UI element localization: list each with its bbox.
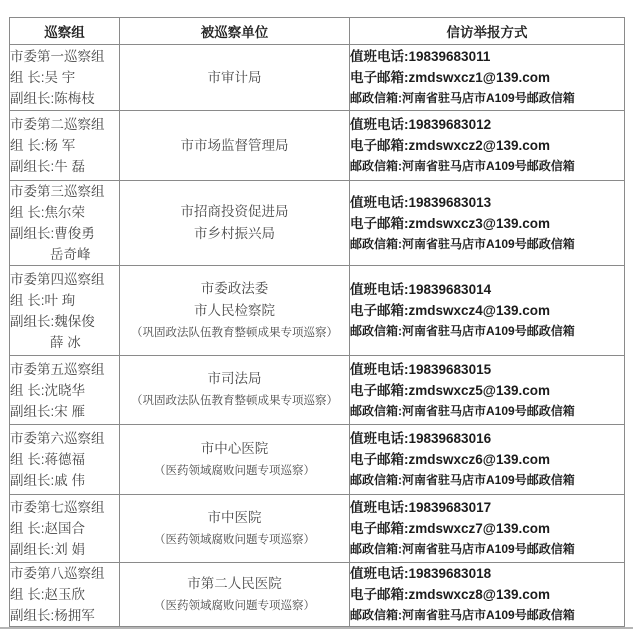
group-leader: 组 长:沈晓华 (10, 380, 119, 401)
group-cell: 市委第三巡察组 组 长:焦尔荣 副组长:曹俊勇 岳奇峰 (10, 181, 120, 266)
group-leader: 组 长:杨 军 (10, 135, 119, 156)
unit-name-2: 市人民检察院 (120, 300, 349, 322)
mail-line: 邮政信箱:河南省驻马店市A109号邮政信箱 (350, 156, 624, 177)
email-value: zmdswxcz3@139.com (409, 216, 550, 231)
table-row: 市委第三巡察组 组 长:焦尔荣 副组长:曹俊勇 岳奇峰 市招商投资促进局 市乡村… (10, 181, 625, 266)
group-deputy-2: 薛 冰 (10, 332, 119, 353)
group-deputy-2: 岳奇峰 (10, 244, 119, 265)
phone-value: 19839683013 (409, 195, 492, 210)
email-value: zmdswxcz6@139.com (409, 452, 550, 467)
unit-cell: 市招商投资促进局 市乡村振兴局 (120, 181, 350, 266)
header-row: 巡察组 被巡察单位 信访举报方式 (10, 18, 625, 45)
mail-label: 邮政信箱: (350, 404, 402, 418)
group-deputy: 副组长:陈梅枝 (10, 88, 119, 109)
email-value: zmdswxcz1@139.com (409, 70, 550, 85)
mail-value: 河南省驻马店市A109号邮政信箱 (402, 404, 575, 418)
email-value: zmdswxcz8@139.com (409, 587, 550, 602)
unit-special-note: （医药领域腐败问题专项巡察） (120, 595, 349, 617)
email-label: 电子邮箱: (350, 70, 409, 85)
email-line: 电子邮箱:zmdswxcz1@139.com (350, 67, 624, 88)
header-group: 巡察组 (10, 18, 120, 45)
email-value: zmdswxcz7@139.com (409, 521, 550, 536)
phone-value: 19839683014 (409, 282, 492, 297)
mail-value: 河南省驻马店市A109号邮政信箱 (402, 542, 575, 556)
email-line: 电子邮箱:zmdswxcz2@139.com (350, 135, 624, 156)
group-deputy: 副组长:牛 磊 (10, 156, 119, 177)
table-row: 市委第一巡察组 组 长:吴 宇 副组长:陈梅枝 市审计局 值班电话:198396… (10, 45, 625, 111)
group-name: 市委第二巡察组 (10, 114, 119, 135)
email-label: 电子邮箱: (350, 383, 409, 398)
unit-cell: 市中心医院 （医药领域腐败问题专项巡察） (120, 425, 350, 495)
group-leader: 组 长:焦尔荣 (10, 202, 119, 223)
mail-line: 邮政信箱:河南省驻马店市A109号邮政信箱 (350, 234, 624, 255)
group-leader: 组 长:吴 宇 (10, 67, 119, 88)
mail-label: 邮政信箱: (350, 91, 402, 105)
group-deputy: 副组长:戚 伟 (10, 470, 119, 491)
group-cell: 市委第七巡察组 组 长:赵国合 副组长:刘 娟 (10, 495, 120, 563)
phone-value: 19839683012 (409, 117, 492, 132)
header-unit: 被巡察单位 (120, 18, 350, 45)
phone-line: 值班电话:19839683017 (350, 497, 624, 518)
mail-label: 邮政信箱: (350, 542, 402, 556)
contact-cell: 值班电话:19839683012 电子邮箱:zmdswxcz2@139.com … (350, 111, 625, 181)
header-contact: 信访举报方式 (350, 18, 625, 45)
email-value: zmdswxcz2@139.com (409, 138, 550, 153)
phone-label: 值班电话: (350, 566, 409, 581)
group-name: 市委第七巡察组 (10, 497, 119, 518)
mail-label: 邮政信箱: (350, 473, 402, 487)
table-row: 市委第二巡察组 组 长:杨 军 副组长:牛 磊 市市场监督管理局 值班电话:19… (10, 111, 625, 181)
email-label: 电子邮箱: (350, 521, 409, 536)
mail-line: 邮政信箱:河南省驻马店市A109号邮政信箱 (350, 401, 624, 422)
unit-cell: 市审计局 (120, 45, 350, 111)
phone-label: 值班电话: (350, 500, 409, 515)
unit-name: 市审计局 (120, 67, 349, 89)
phone-label: 值班电话: (350, 431, 409, 446)
mail-line: 邮政信箱:河南省驻马店市A109号邮政信箱 (350, 605, 624, 626)
phone-line: 值班电话:19839683013 (350, 192, 624, 213)
phone-label: 值班电话: (350, 282, 409, 297)
group-name: 市委第一巡察组 (10, 46, 119, 67)
email-label: 电子邮箱: (350, 452, 409, 467)
email-line: 电子邮箱:zmdswxcz7@139.com (350, 518, 624, 539)
contact-cell: 值班电话:19839683018 电子邮箱:zmdswxcz8@139.com … (350, 563, 625, 627)
mail-line: 邮政信箱:河南省驻马店市A109号邮政信箱 (350, 321, 624, 342)
email-line: 电子邮箱:zmdswxcz5@139.com (350, 380, 624, 401)
mail-value: 河南省驻马店市A109号邮政信箱 (402, 159, 575, 173)
mail-line: 邮政信箱:河南省驻马店市A109号邮政信箱 (350, 470, 624, 491)
contact-cell: 值班电话:19839683014 电子邮箱:zmdswxcz4@139.com … (350, 266, 625, 356)
group-leader: 组 长:赵玉欣 (10, 584, 119, 605)
group-cell: 市委第四巡察组 组 长:叶 珣 副组长:魏保俊 薛 冰 (10, 266, 120, 356)
group-cell: 市委第一巡察组 组 长:吴 宇 副组长:陈梅枝 (10, 45, 120, 111)
email-line: 电子邮箱:zmdswxcz8@139.com (350, 584, 624, 605)
email-label: 电子邮箱: (350, 587, 409, 602)
group-name: 市委第四巡察组 (10, 269, 119, 290)
phone-line: 值班电话:19839683014 (350, 279, 624, 300)
group-leader: 组 长:叶 珣 (10, 290, 119, 311)
group-cell: 市委第五巡察组 组 长:沈晓华 副组长:宋 雁 (10, 356, 120, 425)
group-deputy: 副组长:曹俊勇 (10, 223, 119, 244)
unit-cell: 市市场监督管理局 (120, 111, 350, 181)
group-cell: 市委第二巡察组 组 长:杨 军 副组长:牛 磊 (10, 111, 120, 181)
phone-line: 值班电话:19839683012 (350, 114, 624, 135)
mail-value: 河南省驻马店市A109号邮政信箱 (402, 91, 575, 105)
unit-name: 市委政法委 (120, 278, 349, 300)
group-cell: 市委第八巡察组 组 长:赵玉欣 副组长:杨拥军 (10, 563, 120, 627)
email-line: 电子邮箱:zmdswxcz4@139.com (350, 300, 624, 321)
group-leader: 组 长:赵国合 (10, 518, 119, 539)
phone-line: 值班电话:19839683011 (350, 46, 624, 67)
group-name: 市委第三巡察组 (10, 181, 119, 202)
phone-label: 值班电话: (350, 362, 409, 377)
mail-value: 河南省驻马店市A109号邮政信箱 (402, 608, 575, 622)
email-label: 电子邮箱: (350, 216, 409, 231)
mail-label: 邮政信箱: (350, 608, 402, 622)
phone-value: 19839683017 (409, 500, 492, 515)
phone-line: 值班电话:19839683018 (350, 563, 624, 584)
phone-label: 值班电话: (350, 195, 409, 210)
group-deputy: 副组长:宋 雁 (10, 401, 119, 422)
phone-value: 19839683011 (409, 49, 491, 64)
unit-special-note: （医药领域腐败问题专项巡察） (120, 460, 349, 482)
mail-label: 邮政信箱: (350, 237, 402, 251)
group-cell: 市委第六巡察组 组 长:蒋德福 副组长:戚 伟 (10, 425, 120, 495)
unit-name: 市市场监督管理局 (120, 135, 349, 157)
group-name: 市委第六巡察组 (10, 428, 119, 449)
unit-name: 市司法局 (120, 368, 349, 390)
mail-label: 邮政信箱: (350, 159, 402, 173)
mail-value: 河南省驻马店市A109号邮政信箱 (402, 237, 575, 251)
phone-label: 值班电话: (350, 49, 409, 64)
unit-special-note: （巩固政法队伍教育整顿成果专项巡察） (120, 390, 349, 412)
unit-name: 市招商投资促进局 (120, 201, 349, 223)
contact-cell: 值班电话:19839683011 电子邮箱:zmdswxcz1@139.com … (350, 45, 625, 111)
table-row: 市委第七巡察组 组 长:赵国合 副组长:刘 娟 市中医院 （医药领域腐败问题专项… (10, 495, 625, 563)
group-deputy: 副组长:魏保俊 (10, 311, 119, 332)
table-row: 市委第八巡察组 组 长:赵玉欣 副组长:杨拥军 市第二人民医院 （医药领域腐败问… (10, 563, 625, 627)
contact-cell: 值班电话:19839683015 电子邮箱:zmdswxcz5@139.com … (350, 356, 625, 425)
mail-value: 河南省驻马店市A109号邮政信箱 (402, 473, 575, 487)
unit-name: 市中心医院 (120, 438, 349, 460)
mail-label: 邮政信箱: (350, 324, 402, 338)
unit-cell: 市第二人民医院 （医药领域腐败问题专项巡察） (120, 563, 350, 627)
page-bottom-edge (0, 627, 633, 629)
unit-name: 市第二人民医院 (120, 573, 349, 595)
group-leader: 组 长:蒋德福 (10, 449, 119, 470)
inspection-groups-table: 巡察组 被巡察单位 信访举报方式 市委第一巡察组 组 长:吴 宇 副组长:陈梅枝… (9, 17, 625, 627)
phone-value: 19839683015 (409, 362, 492, 377)
mail-line: 邮政信箱:河南省驻马店市A109号邮政信箱 (350, 88, 624, 109)
group-name: 市委第五巡察组 (10, 359, 119, 380)
unit-special-note: （巩固政法队伍教育整顿成果专项巡察） (120, 322, 349, 344)
email-value: zmdswxcz5@139.com (409, 383, 550, 398)
unit-cell: 市委政法委 市人民检察院 （巩固政法队伍教育整顿成果专项巡察） (120, 266, 350, 356)
unit-cell: 市中医院 （医药领域腐败问题专项巡察） (120, 495, 350, 563)
unit-cell: 市司法局 （巩固政法队伍教育整顿成果专项巡察） (120, 356, 350, 425)
phone-line: 值班电话:19839683015 (350, 359, 624, 380)
email-label: 电子邮箱: (350, 138, 409, 153)
contact-cell: 值班电话:19839683017 电子邮箱:zmdswxcz7@139.com … (350, 495, 625, 563)
email-value: zmdswxcz4@139.com (409, 303, 550, 318)
contact-cell: 值班电话:19839683016 电子邮箱:zmdswxcz6@139.com … (350, 425, 625, 495)
unit-name-2: 市乡村振兴局 (120, 223, 349, 245)
contact-cell: 值班电话:19839683013 电子邮箱:zmdswxcz3@139.com … (350, 181, 625, 266)
mail-line: 邮政信箱:河南省驻马店市A109号邮政信箱 (350, 539, 624, 560)
phone-value: 19839683018 (409, 566, 492, 581)
phone-value: 19839683016 (409, 431, 492, 446)
group-name: 市委第八巡察组 (10, 563, 119, 584)
unit-name: 市中医院 (120, 507, 349, 529)
table-row: 市委第四巡察组 组 长:叶 珣 副组长:魏保俊 薛 冰 市委政法委 市人民检察院… (10, 266, 625, 356)
email-line: 电子邮箱:zmdswxcz3@139.com (350, 213, 624, 234)
table-row: 市委第五巡察组 组 长:沈晓华 副组长:宋 雁 市司法局 （巩固政法队伍教育整顿… (10, 356, 625, 425)
phone-line: 值班电话:19839683016 (350, 428, 624, 449)
group-deputy: 副组长:杨拥军 (10, 605, 119, 626)
phone-label: 值班电话: (350, 117, 409, 132)
email-line: 电子邮箱:zmdswxcz6@139.com (350, 449, 624, 470)
mail-value: 河南省驻马店市A109号邮政信箱 (402, 324, 575, 338)
group-deputy: 副组长:刘 娟 (10, 539, 119, 560)
unit-special-note: （医药领域腐败问题专项巡察） (120, 529, 349, 551)
table-row: 市委第六巡察组 组 长:蒋德福 副组长:戚 伟 市中心医院 （医药领域腐败问题专… (10, 425, 625, 495)
document-page: 巡察组 被巡察单位 信访举报方式 市委第一巡察组 组 长:吴 宇 副组长:陈梅枝… (0, 0, 633, 633)
email-label: 电子邮箱: (350, 303, 409, 318)
